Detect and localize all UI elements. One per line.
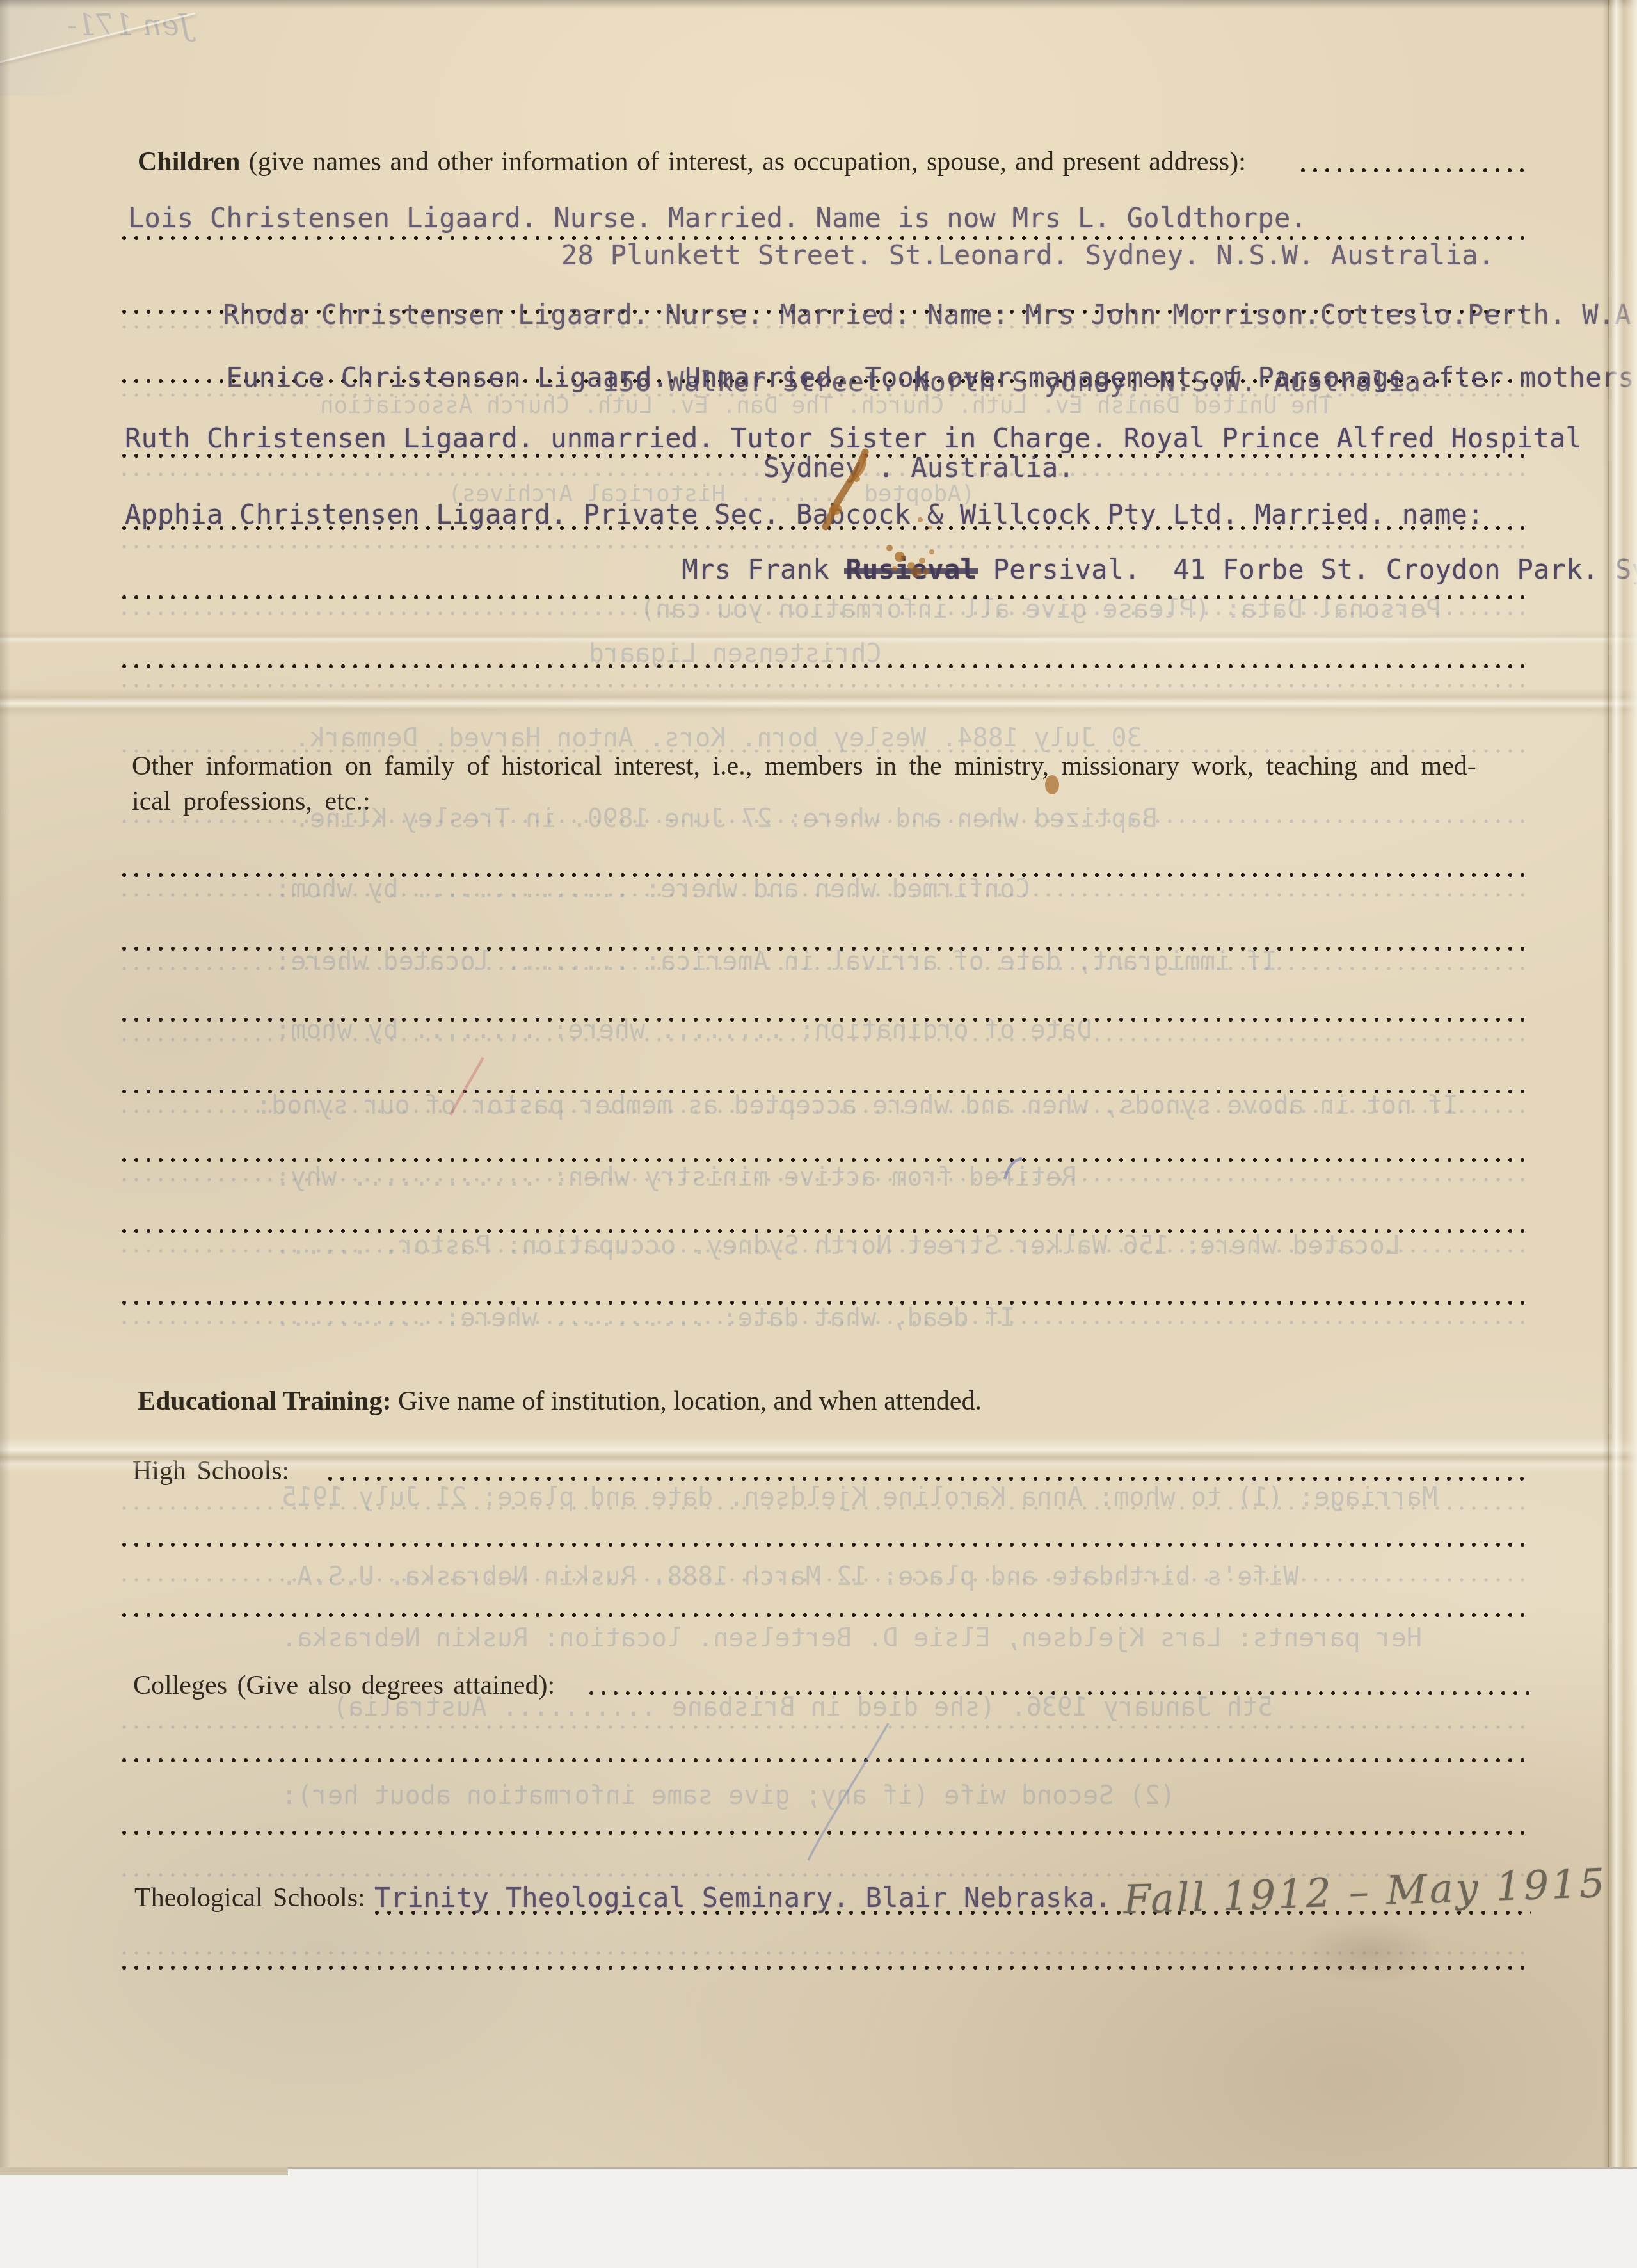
ghost-dotted-rule (122, 1037, 1531, 1042)
dotted-rule (122, 1017, 1531, 1022)
ghost-dotted-rule (122, 1109, 1531, 1114)
typed-entry-apphia-struck-word: Rusieval (845, 556, 977, 583)
typed-entry-apphia: Apphia Christensen Ligaard. Private Sec.… (125, 501, 1484, 528)
form-label-colleges: Colleges (Give also degrees attained): (133, 1671, 555, 1701)
bleedthrough-line: Her parents: Lars Kjeldsen, Elsie D. Ber… (282, 1625, 1422, 1651)
dotted-rule (328, 1476, 1531, 1481)
bleedthrough-line: 30 July 1884. Wesley born. Kors. Anton H… (294, 725, 1142, 751)
typed-entry-apphia-line2: Mrs Frank Rusieval Persival. 41 Forbe St… (584, 529, 1637, 610)
bleedthrough-line: (2) Second wife (if any; give same infor… (282, 1783, 1176, 1808)
ghost-dotted-rule (122, 1506, 1531, 1511)
dotted-rule (122, 1965, 1531, 1970)
ghost-dotted-rule (122, 819, 1531, 824)
ghost-dotted-rule (122, 966, 1531, 971)
form-heading-other-info-line2: ical professions, etc.: (132, 787, 371, 817)
scanner-bed-seam (477, 2169, 478, 2268)
dotted-rule (122, 873, 1531, 878)
dotted-rule (122, 946, 1531, 951)
dotted-rule (122, 1157, 1531, 1162)
typed-entry-lois: Lois Christensen Ligaard. Nurse. Married… (128, 205, 1307, 232)
typed-entry-rhoda-text: Rhoda Christensen Ligaard. Nurse. Marrie… (223, 299, 1637, 330)
ghost-dotted-rule (122, 1320, 1531, 1325)
bleedthrough-line: If dead, what date: .......... where: ..… (275, 1305, 1015, 1331)
form-heading-other-info-line1: Other information on family of historica… (132, 752, 1476, 782)
dotted-rule (589, 1691, 1531, 1696)
bleedthrough-line: Confirmed when and where: ..............… (275, 876, 1030, 902)
typed-entry-theological: Trinity Theological Seminary. Blair Nebr… (374, 1885, 1111, 1911)
dotted-rule (122, 1830, 1531, 1835)
bleedthrough-line: Located where: 156 Walker Street North S… (275, 1233, 1400, 1259)
edge-shadow-left (0, 0, 10, 2167)
typed-entry-apphia-line2-post: Persival. 41 Forbe St. Croydon Park. Syd… (977, 554, 1637, 585)
ghost-dotted-rule (122, 1177, 1531, 1182)
typed-entry-lois-address: 28 Plunkett Street. St.Leonard. Sydney. … (561, 242, 1494, 269)
form-label-theological: Theological Schools: (134, 1883, 365, 1913)
dotted-rule (122, 1758, 1531, 1763)
form-heading-children-bold: Children (138, 147, 240, 177)
ghost-dotted-rule (122, 1248, 1531, 1253)
ghost-dotted-rule (122, 611, 1531, 616)
dotted-rule (122, 1613, 1531, 1618)
bleedthrough-line: Christensen Ligaard (589, 641, 882, 666)
typed-entry-apphia-line2-pre: Mrs Frank (682, 554, 846, 585)
form-heading-educational-rest: Give name of institution, location, and … (391, 1387, 982, 1416)
form-label-high-schools: High Schools: (132, 1456, 289, 1486)
paper-bottom-tab (0, 2167, 288, 2175)
bleedthrough-line: Wife's birthdate and place: 12 March 188… (282, 1564, 1298, 1589)
paper-sheet: Jen 171- The United Danish Ev. Luth. Chu… (0, 0, 1637, 2167)
typed-entry-ruth: Ruth Christensen Ligaard. unmarried. Tut… (125, 425, 1582, 452)
scanner-bed (0, 2167, 1637, 2268)
ghost-dotted-rule (122, 1725, 1531, 1730)
form-heading-educational-bold: Educational Training: (138, 1387, 391, 1416)
handwritten-dates: Fall 1912 – May 1915 (1122, 1860, 1608, 1923)
ghost-dotted-rule (122, 683, 1531, 688)
dotted-rule (122, 1300, 1531, 1305)
bleedthrough-line: Jen 171- (67, 10, 191, 40)
edge-shadow-top (0, 0, 1637, 9)
scanned-document-page: Jen 171- The United Danish Ev. Luth. Chu… (0, 0, 1637, 2268)
form-heading-educational: Educational Training: Give name of insti… (138, 1387, 982, 1417)
dotted-rule (122, 1228, 1531, 1234)
dotted-rule (122, 1089, 1531, 1094)
form-heading-children: Children (give names and other informati… (138, 147, 1354, 177)
ghost-dotted-rule (122, 1577, 1531, 1582)
typed-entry-ruth-address: Sydney . Australia. (763, 454, 1074, 481)
dotted-rule (122, 664, 1531, 669)
typed-entry-eunice-address: 156 Walker Street. North S ydney. N.S.W.… (602, 369, 1421, 396)
dotted-rule (122, 1542, 1531, 1547)
ghost-dotted-rule (122, 892, 1531, 897)
crease-fold (0, 689, 1637, 717)
form-heading-children-rest: (give names and other information of int… (240, 147, 1246, 177)
ghost-dotted-rule (122, 1950, 1531, 1956)
bleedthrough-line: If not in above synods, when and where a… (256, 1093, 1458, 1118)
